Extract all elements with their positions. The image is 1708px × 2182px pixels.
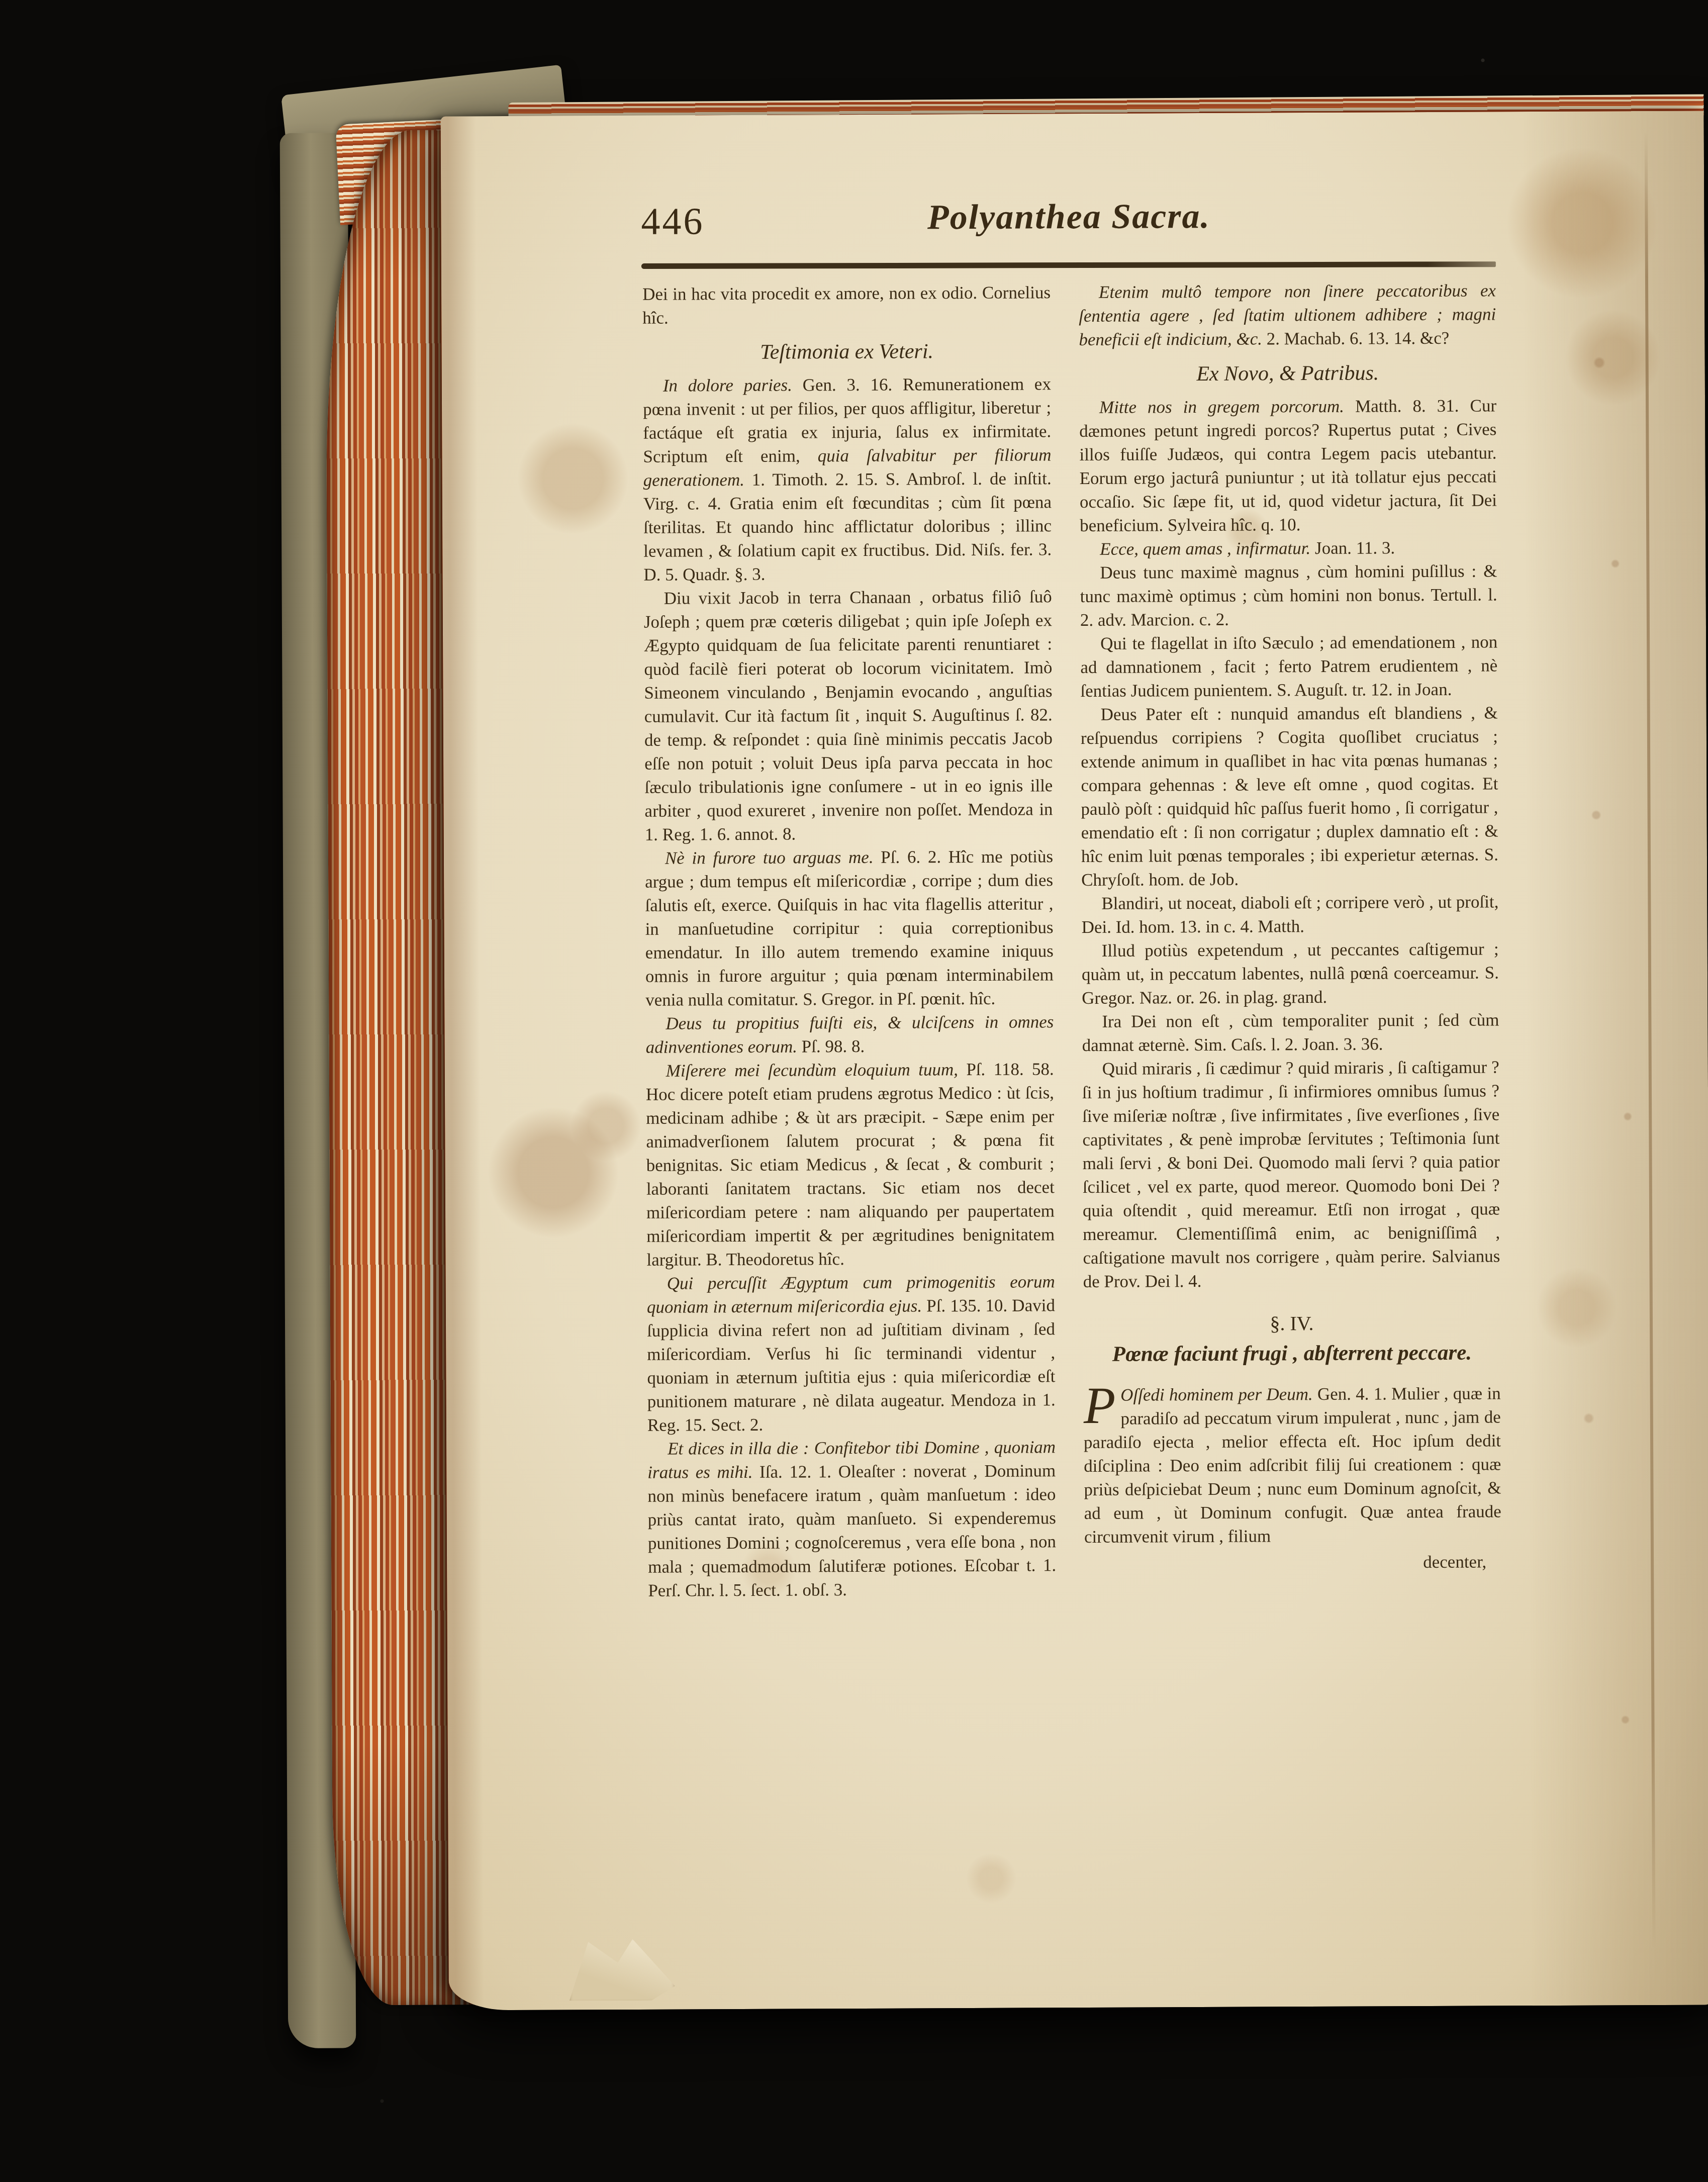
- text-run: Illud potiùs expetendum , ut peccantes c…: [1082, 939, 1499, 1008]
- text-run: 2. Machab. 6. 13. 14. &c?: [1267, 328, 1450, 349]
- gutter-shading: [1523, 111, 1708, 2006]
- paragraph: Diu vixit Jacob in terra Chanaan , orbat…: [644, 585, 1053, 846]
- section-heading: Teſtimonia ex Veteri.: [642, 338, 1051, 366]
- text-run: Pſ. 118. 58. Hoc dicere poteſt etiam pru…: [646, 1059, 1055, 1270]
- paragraph: Illud potiùs expetendum , ut peccantes c…: [1082, 937, 1499, 1010]
- paragraph: Ecce, quem amas , infirmatur. Joan. 11. …: [1080, 535, 1497, 561]
- paragraph: Qui te flagellat in iſto Sæculo ; ad eme…: [1080, 630, 1498, 703]
- paragraph: Et dices in illa die : Confitebor tibi D…: [647, 1435, 1056, 1602]
- text-run: Nè in furore tuo arguas me.: [665, 847, 881, 868]
- text-run: Mitte nos in gregem porcorum.: [1099, 397, 1355, 417]
- drop-cap: P: [1084, 1383, 1121, 1427]
- paragraph: Deus tu propitius fuiſti eis, & ulciſcen…: [645, 1010, 1054, 1059]
- text-run: Quid miraris , ſi cædimur ? quid miraris…: [1082, 1057, 1500, 1291]
- paragraph: Miſerere mei ſecundùm eloquium tuum, Pſ.…: [646, 1057, 1055, 1272]
- paragraph: Mitte nos in gregem porcorum. Matth. 8. …: [1079, 394, 1497, 537]
- column-right: Etenim multô tempore non ſinere peccator…: [1079, 278, 1501, 1575]
- paragraph: Blandiri, ut noceat, diaboli eſt ; corri…: [1081, 890, 1498, 939]
- section-number: §. IV.: [1083, 1310, 1500, 1336]
- paragraph: Deus tunc maximè magnus , cùm homini puſ…: [1080, 559, 1497, 632]
- paragraph: In dolore paries. Gen. 3. 16. Remunerati…: [643, 372, 1052, 587]
- catchword: decenter,: [1084, 1550, 1501, 1575]
- scanned-book-photo: { "page": { "number": "446", "running_ti…: [0, 0, 1708, 2182]
- text-run: Dei in hac vita procedit ex amore, non e…: [642, 282, 1051, 328]
- torn-corner: [569, 1935, 675, 2001]
- text-run: Blandiri, ut noceat, diaboli eſt ; corri…: [1081, 892, 1498, 937]
- book: 446 Polyanthea Sacra. Dei in hac vita pr…: [0, 0, 1708, 2182]
- text-run: Ecce, quem amas , infirmatur.: [1100, 538, 1315, 559]
- paragraph: Etenim multô tempore non ſinere peccator…: [1079, 278, 1496, 351]
- text-run: In dolore paries.: [663, 375, 803, 395]
- text-run: Oſſedi hominem per Deum.: [1120, 1384, 1317, 1405]
- section-title: Pœnæ faciunt frugi , abſterrent peccare.: [1083, 1339, 1500, 1368]
- text-run: Qui te flagellat in iſto Sæculo ; ad eme…: [1080, 632, 1497, 701]
- paragraph: Deus Pater eſt : nunquid amandus eſt bla…: [1081, 701, 1499, 892]
- text-run: Deus Pater eſt : nunquid amandus eſt bla…: [1081, 703, 1498, 890]
- paragraph: Dei in hac vita procedit ex amore, non e…: [642, 280, 1051, 330]
- text-run: Pſ. 98. 8.: [802, 1036, 865, 1057]
- paragraph: Qui percuſſit Ægyptum cum primogenitis e…: [647, 1270, 1056, 1437]
- text-run: Diu vixit Jacob in terra Chanaan , orbat…: [644, 587, 1053, 844]
- header-rule: [641, 261, 1496, 269]
- section-heading: Ex Novo, & Patribus.: [1079, 359, 1496, 388]
- column-left: Dei in hac vita procedit ex amore, non e…: [642, 280, 1056, 1602]
- text-run: Joan. 11. 3.: [1315, 538, 1395, 558]
- paragraph: Nè in furore tuo arguas me. Pſ. 6. 2. Hî…: [645, 844, 1054, 1012]
- paragraph: Ira Dei non eſt , cùm temporaliter punit…: [1082, 1008, 1499, 1057]
- text-run: Deus tunc maximè magnus , cùm homini puſ…: [1080, 561, 1497, 630]
- text-run: Miſerere mei ſecundùm eloquium tuum,: [666, 1060, 967, 1081]
- paragraph: POſſedi hominem per Deum. Gen. 4. 1. Mul…: [1084, 1381, 1501, 1549]
- running-title: Polyanthea Sacra.: [642, 195, 1495, 239]
- book-page: 446 Polyanthea Sacra. Dei in hac vita pr…: [441, 111, 1708, 2011]
- text-run: Ira Dei non eſt , cùm temporaliter punit…: [1082, 1010, 1499, 1055]
- text-run: Gen. 4. 1. Mulier , quæ in paradiſo ad p…: [1084, 1383, 1501, 1547]
- text-run: Pſ. 6. 2. Hîc me potiùs argue ; dum temp…: [645, 846, 1054, 1010]
- paragraph: Quid miraris , ſi cædimur ? quid miraris…: [1082, 1055, 1500, 1293]
